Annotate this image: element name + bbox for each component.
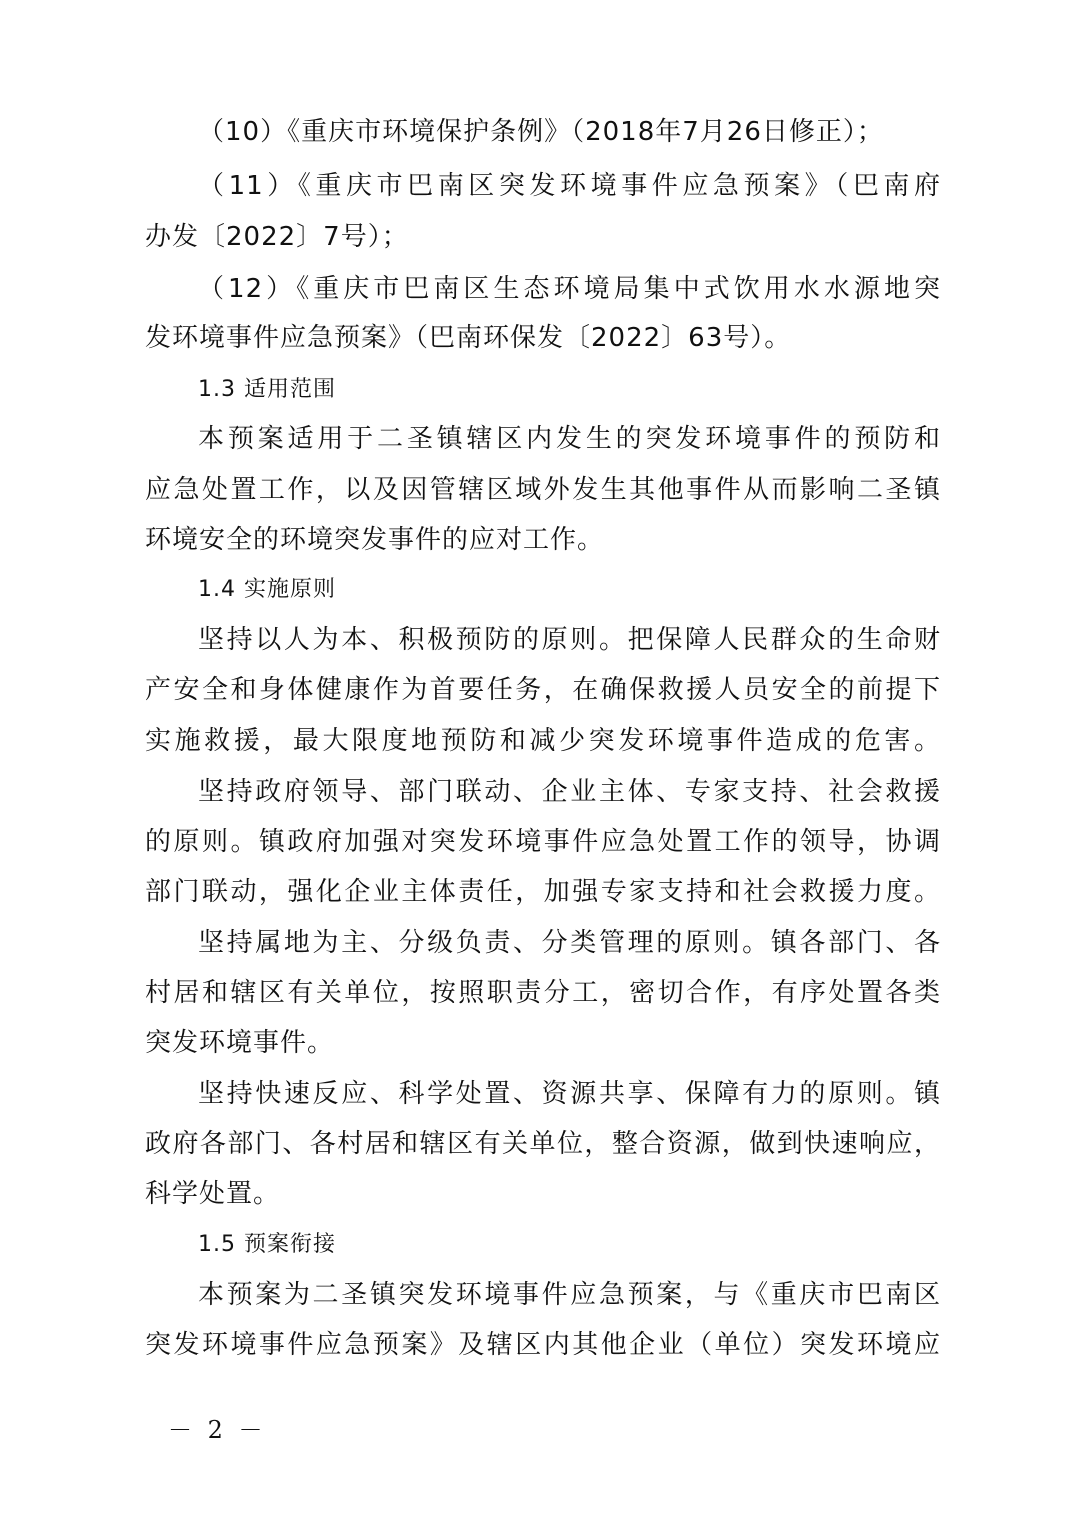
section-heading: 1.4 实施原则	[198, 570, 336, 610]
paragraph-line: 坚持属地为主、分级负责、分类管理的原则。镇各部门、各	[198, 923, 941, 963]
paragraph-line: （11）《重庆市巴南区突发环境事件应急预案》（巴南府	[198, 166, 941, 206]
section-heading: 1.5 预案衔接	[198, 1225, 336, 1265]
paragraph-line: 发环境事件应急预案》（巴南环保发〔2022〕63号）。	[145, 318, 941, 358]
paragraph-line: 突发环境事件。	[145, 1023, 941, 1063]
document-page: （10）《重庆市环境保护条例》（2018年7月26日修正）；（11）《重庆市巴南…	[0, 0, 1074, 1520]
page-number: － 2 －	[168, 1415, 267, 1445]
paragraph-line: 办发〔2022〕7号）；	[145, 217, 941, 257]
paragraph-line: 环境安全的环境突发事件的应对工作。	[145, 520, 941, 560]
section-heading: 1.3 适用范围	[198, 370, 336, 410]
paragraph-line: 本预案为二圣镇突发环境事件应急预案，与《重庆市巴南区	[198, 1275, 941, 1315]
paragraph-line: 部门联动，强化企业主体责任，加强专家支持和社会救援力度。	[145, 872, 941, 912]
paragraph-line: 坚持快速反应、科学处置、资源共享、保障有力的原则。镇	[198, 1074, 941, 1114]
paragraph-line: （12）《重庆市巴南区生态环境局集中式饮用水水源地突	[198, 269, 941, 309]
paragraph-line: 坚持政府领导、部门联动、企业主体、专家支持、社会救援	[198, 772, 941, 812]
paragraph-line: 科学处置。	[145, 1174, 941, 1214]
paragraph-line: 村居和辖区有关单位，按照职责分工，密切合作，有序处置各类	[145, 973, 941, 1013]
paragraph-line: 政府各部门、各村居和辖区有关单位，整合资源，做到快速响应，	[145, 1124, 941, 1164]
paragraph-line: 坚持以人为本、积极预防的原则。把保障人民群众的生命财	[198, 620, 941, 660]
paragraph-line: 的原则。镇政府加强对突发环境事件应急处置工作的领导，协调	[145, 822, 941, 862]
paragraph-line: 产安全和身体健康作为首要任务，在确保救援人员安全的前提下	[145, 670, 941, 710]
paragraph-line: 应急处置工作，以及因管辖区域外发生其他事件从而影响二圣镇	[145, 470, 941, 510]
paragraph-line: 本预案适用于二圣镇辖区内发生的突发环境事件的预防和	[198, 419, 941, 459]
paragraph-line: 突发环境事件应急预案》及辖区内其他企业（单位）突发环境应	[145, 1325, 941, 1365]
paragraph-line: 实施救援，最大限度地预防和减少突发环境事件造成的危害。	[145, 721, 941, 761]
paragraph-line: （10）《重庆市环境保护条例》（2018年7月26日修正）；	[198, 112, 941, 152]
